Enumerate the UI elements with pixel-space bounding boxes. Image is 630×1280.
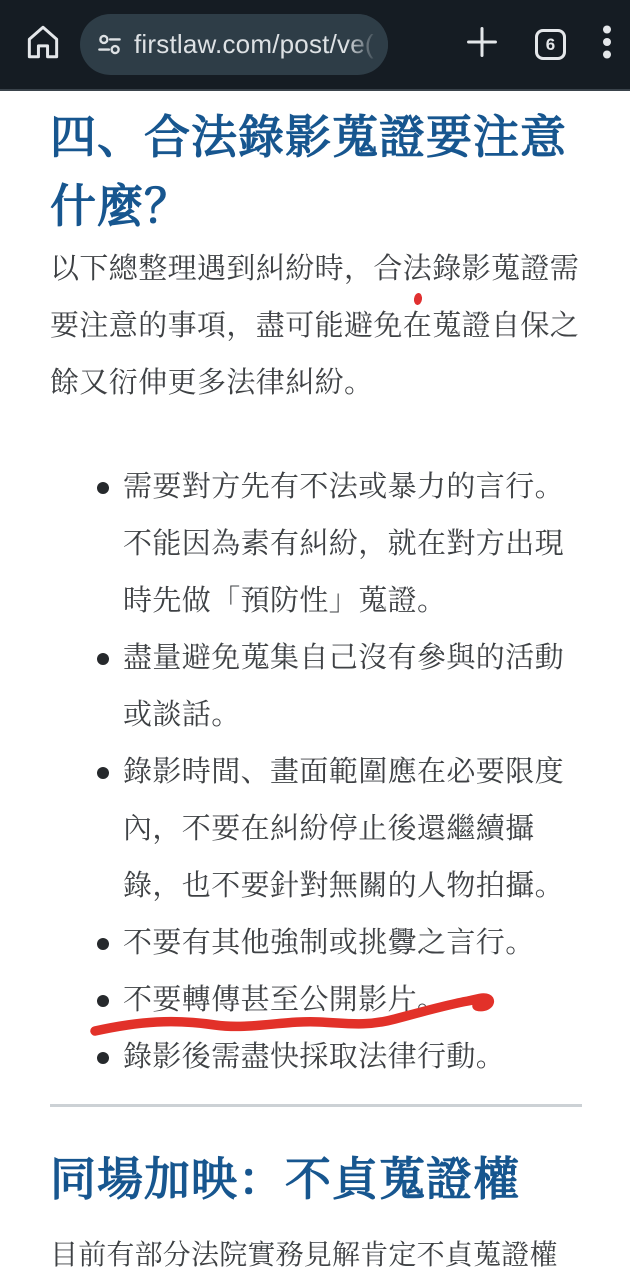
tab-count-icon: 6	[535, 29, 566, 60]
home-button[interactable]	[20, 22, 66, 68]
bullet-icon	[97, 938, 109, 950]
list-item: 需要對方先有不法或暴力的言行。不能因為素有糾紛，就在對方出現時先做「預防性」蒐證…	[100, 459, 582, 630]
kebab-menu-icon	[600, 22, 614, 67]
intro-paragraph: 以下總整理遇到糾紛時，合法錄影蒐證需要注意的事項，盡可能避免在蒐證自保之餘又衍伸…	[50, 241, 582, 412]
bonus-section-heading: 同場加映：不貞蒐證權	[50, 1144, 582, 1214]
url-bar[interactable]: firstlaw.com/post/ve(	[80, 14, 388, 75]
bullet-icon	[97, 482, 109, 494]
section-divider	[50, 1104, 582, 1107]
notice-list: 需要對方先有不法或暴力的言行。不能因為素有糾紛，就在對方出現時先做「預防性」蒐證…	[50, 459, 582, 1086]
list-item: 不要轉傳甚至公開影片。	[100, 972, 582, 1029]
browser-toolbar: firstlaw.com/post/ve( 6	[0, 0, 630, 91]
site-settings-icon	[96, 31, 123, 58]
list-item-text: 錄影後需盡快採取法律行動。	[123, 1041, 505, 1073]
screen: firstlaw.com/post/ve( 6	[0, 0, 630, 1280]
bullet-icon	[97, 767, 109, 779]
list-item-text: 錄影時間、畫面範圍應在必要限度內，不要在糾紛停止後還繼續攝錄，也不要針對無關的人…	[123, 756, 564, 902]
new-tab-button[interactable]	[463, 23, 501, 66]
tab-switcher-button[interactable]: 6	[535, 29, 566, 60]
tab-count: 6	[546, 36, 555, 53]
list-item-text: 需要對方先有不法或暴力的言行。不能因為素有糾紛，就在對方出現時先做「預防性」蒐證…	[123, 471, 564, 617]
home-icon	[22, 21, 64, 68]
list-item: 不要有其他強制或挑釁之言行。	[100, 915, 582, 972]
article-content: 四、合法錄影蒐證要注意什麼？ 以下總整理遇到糾紛時，合法錄影蒐證需要注意的事項，…	[0, 93, 630, 1280]
bullet-icon	[97, 1052, 109, 1064]
menu-button[interactable]	[600, 22, 614, 67]
plus-icon	[463, 23, 501, 66]
outro-paragraph: 目前有部分法院實務見解肯定不貞蒐證權	[50, 1226, 582, 1280]
list-item-text: 盡量避免蒐集自己沒有參與的活動或談話。	[123, 642, 564, 731]
url-text: firstlaw.com/post/ve(	[134, 29, 374, 60]
list-item: 錄影後需盡快採取法律行動。	[100, 1029, 582, 1086]
section-heading: 四、合法錄影蒐證要注意什麼？	[50, 103, 582, 241]
list-item: 盡量避免蒐集自己沒有參與的活動或談話。	[100, 630, 582, 744]
bullet-icon	[97, 995, 109, 1007]
list-item-text: 不要轉傳甚至公開影片。	[123, 984, 446, 1016]
list-item: 錄影時間、畫面範圍應在必要限度內，不要在糾紛停止後還繼續攝錄，也不要針對無關的人…	[100, 744, 582, 915]
list-item-text: 不要有其他強制或挑釁之言行。	[123, 927, 535, 959]
bullet-icon	[97, 653, 109, 665]
